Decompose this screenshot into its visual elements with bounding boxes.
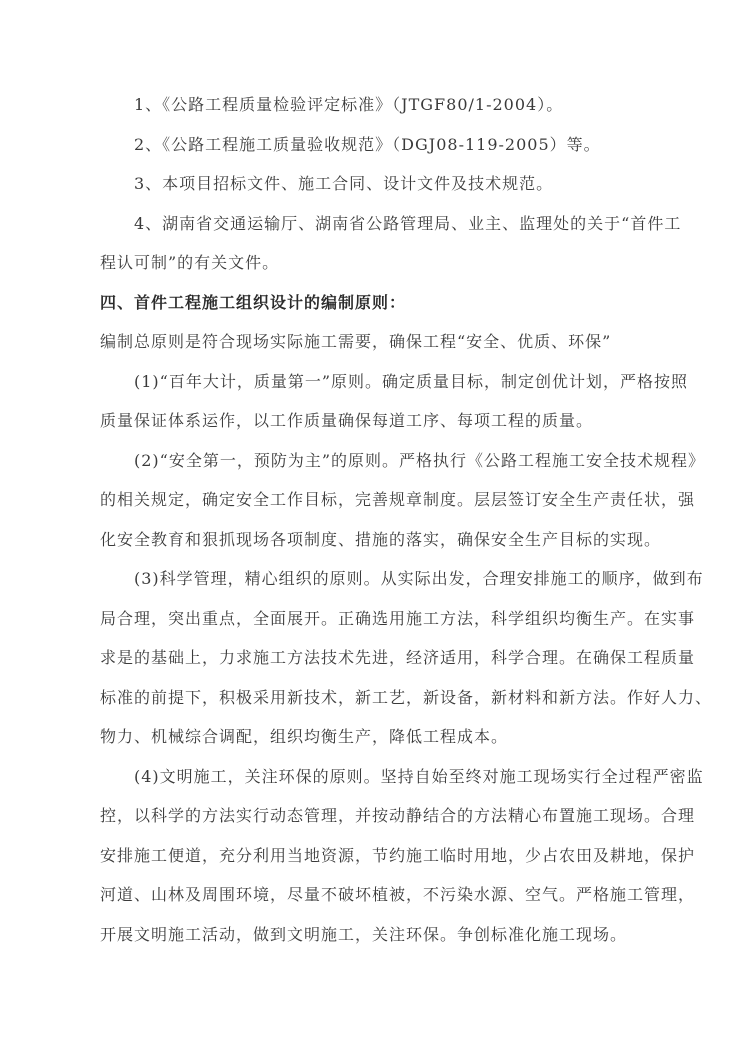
principle-2-line-3: 化安全教育和狠抓现场各项制度、措施的落实，确保安全生产目标的实现。 — [100, 520, 648, 560]
principle-4-line-4: 河道、山林及周围环境，尽量不破坏植被，不污染水源、空气。严格施工管理， — [100, 875, 648, 915]
principle-4-line-2: 控，以科学的方法实行动态管理，并按动静结合的方法精心布置施工现场。合理 — [100, 796, 648, 836]
principle-2-line-2: 的相关规定，确定安全工作目标，完善规章制度。层层签订安全生产责任状，强 — [100, 480, 648, 520]
principle-1-line-2: 质量保证体系运作，以工作质量确保每道工序、每项工程的质量。 — [100, 401, 648, 441]
principle-4-line-3: 安排施工便道，充分利用当地资源，节约施工临时用地，少占农田及耕地，保护 — [100, 836, 648, 876]
principle-4-line-1: (4)文明施工，关注环保的原则。坚持自始至终对施工现场实行全过程严密监 — [100, 757, 648, 797]
reference-item-3: 3、本项目招标文件、施工合同、设计文件及技术规范。 — [100, 164, 648, 204]
reference-item-4: 4、湖南省交通运输厅、湖南省公路管理局、业主、监理处的关于“首件工 — [100, 204, 648, 244]
document-body: 1、《公路工程质量检验评定标准》（JTGF80/1-2004）。 2、《公路工程… — [100, 85, 648, 954]
principle-3-line-1: (3)科学管理，精心组织的原则。从实际出发，合理安排施工的顺序，做到布 — [100, 559, 648, 599]
principle-3-line-2: 局合理，突出重点，全面展开。正确选用施工方法，科学组织均衡生产。在实事 — [100, 599, 648, 639]
principle-3-line-3: 求是的基础上，力求施工方法技术先进，经济适用，科学合理。在确保工程质量 — [100, 638, 648, 678]
principle-3-line-5: 物力、机械综合调配，组织均衡生产，降低工程成本。 — [100, 717, 648, 757]
reference-item-2: 2、《公路工程施工质量验收规范》（DGJ08-119-2005）等。 — [100, 125, 648, 165]
principle-intro: 编制总原则是符合现场实际施工需要，确保工程“安全、优质、环保” — [100, 322, 648, 362]
reference-item-1: 1、《公路工程质量检验评定标准》（JTGF80/1-2004）。 — [100, 85, 648, 125]
reference-item-4-cont: 程认可制”的有关文件。 — [100, 243, 648, 283]
document-page: 1、《公路工程质量检验评定标准》（JTGF80/1-2004）。 2、《公路工程… — [0, 0, 744, 1052]
principle-3-line-4: 标准的前提下，积极采用新技术，新工艺，新设备，新材料和新方法。作好人力、 — [100, 678, 648, 718]
principle-1-line-1: (1)“百年大计，质量第一”原则。确定质量目标，制定创优计划，严格按照 — [100, 362, 648, 402]
principle-4-line-5: 开展文明施工活动，做到文明施工，关注环保。争创标准化施工现场。 — [100, 915, 648, 955]
section-heading: 四、首件工程施工组织设计的编制原则： — [100, 283, 648, 323]
principle-2-line-1: (2)“安全第一，预防为主”的原则。严格执行《公路工程施工安全技术规程》 — [100, 441, 648, 481]
